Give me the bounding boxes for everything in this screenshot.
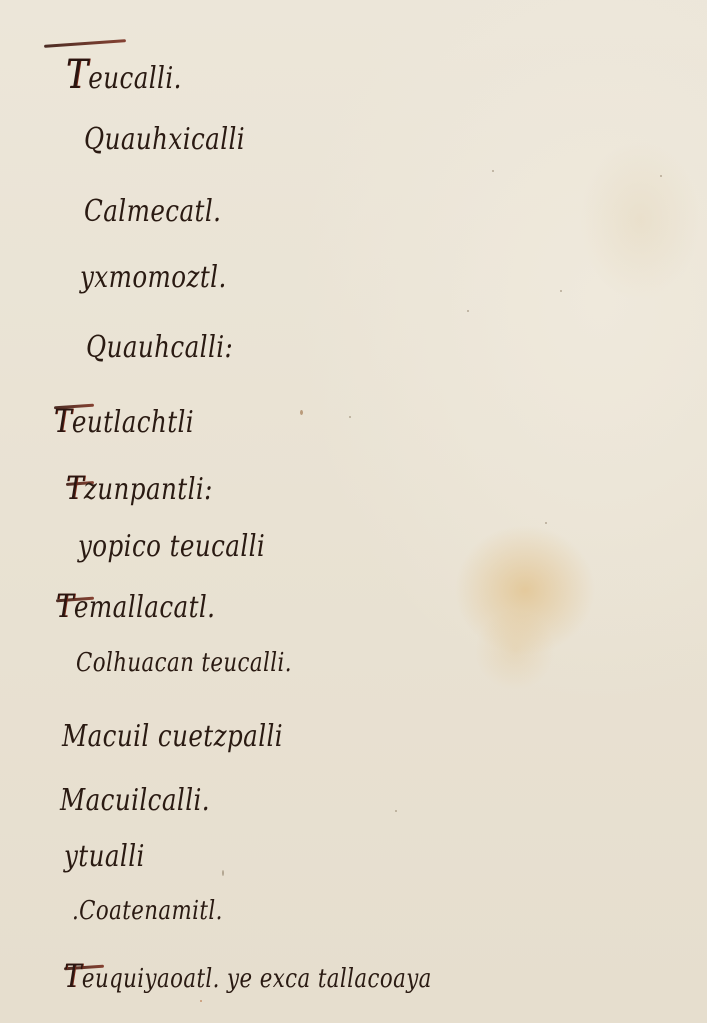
line-text: ytualli [64, 839, 145, 874]
line-text: euquiyaoatl. ye exca tallacoaya [82, 964, 432, 994]
paper-speck [492, 170, 494, 172]
manuscript-line: Quauhcalli: [86, 333, 233, 363]
manuscript-line: Teutlachtli [54, 405, 194, 438]
manuscript-page: Teucalli. Quauhxicalli Calmecatl. yxmomo… [0, 0, 707, 1023]
line-text: yopico teucalli [78, 529, 265, 564]
line-text: Quauhxicalli [84, 122, 245, 157]
manuscript-line: yopico teucalli [78, 532, 265, 562]
manuscript-line: .Coatenamitl. [72, 898, 223, 924]
line-text: Macuil cuetzpalli [62, 719, 283, 754]
line-text: Quauhcalli: [86, 330, 233, 365]
paper-speck [467, 310, 469, 312]
line-text: Macuilcalli. [60, 783, 210, 818]
manuscript-line: ytualli [64, 842, 145, 872]
paper-speck [395, 810, 397, 812]
decorated-initial: T [54, 402, 72, 440]
paper-speck [200, 1000, 202, 1002]
manuscript-line: Quauhxicalli [84, 125, 245, 155]
manuscript-line: Teuquiyaoatl. ye exca tallacoaya [64, 960, 432, 992]
initial-flourish [44, 39, 126, 48]
decorated-initial: T [64, 957, 82, 995]
manuscript-line: yxmomoztl. [80, 263, 227, 293]
line-text: yxmomoztl. [80, 260, 227, 295]
manuscript-line: Calmecatl. [84, 197, 221, 227]
decorated-initial: T [66, 52, 88, 98]
line-text: emallacatl. [74, 590, 215, 625]
decorated-initial: T [56, 587, 74, 625]
decorated-initial: T [66, 469, 84, 507]
manuscript-line: Macuilcalli. [60, 786, 210, 816]
line-text: eucalli. [88, 61, 182, 96]
manuscript-line: Tzunpantli: [66, 472, 213, 505]
line-text: Calmecatl. [84, 194, 221, 229]
paper-speck [349, 416, 351, 418]
paper-speck [222, 870, 224, 876]
line-text: Colhuacan teucalli. [76, 648, 292, 678]
line-text: eutlachtli [72, 405, 194, 440]
line-text: .Coatenamitl. [72, 896, 223, 926]
paper-speck [660, 175, 662, 177]
line-text: zunpantli: [84, 472, 213, 507]
paper-speck [300, 410, 303, 415]
paper-speck [545, 522, 547, 524]
manuscript-line: Temallacatl. [56, 590, 215, 623]
manuscript-line: Macuil cuetzpalli [62, 722, 283, 752]
manuscript-line: Teucalli. [66, 55, 182, 95]
paper-speck [560, 290, 562, 292]
manuscript-line: Colhuacan teucalli. [76, 650, 292, 676]
